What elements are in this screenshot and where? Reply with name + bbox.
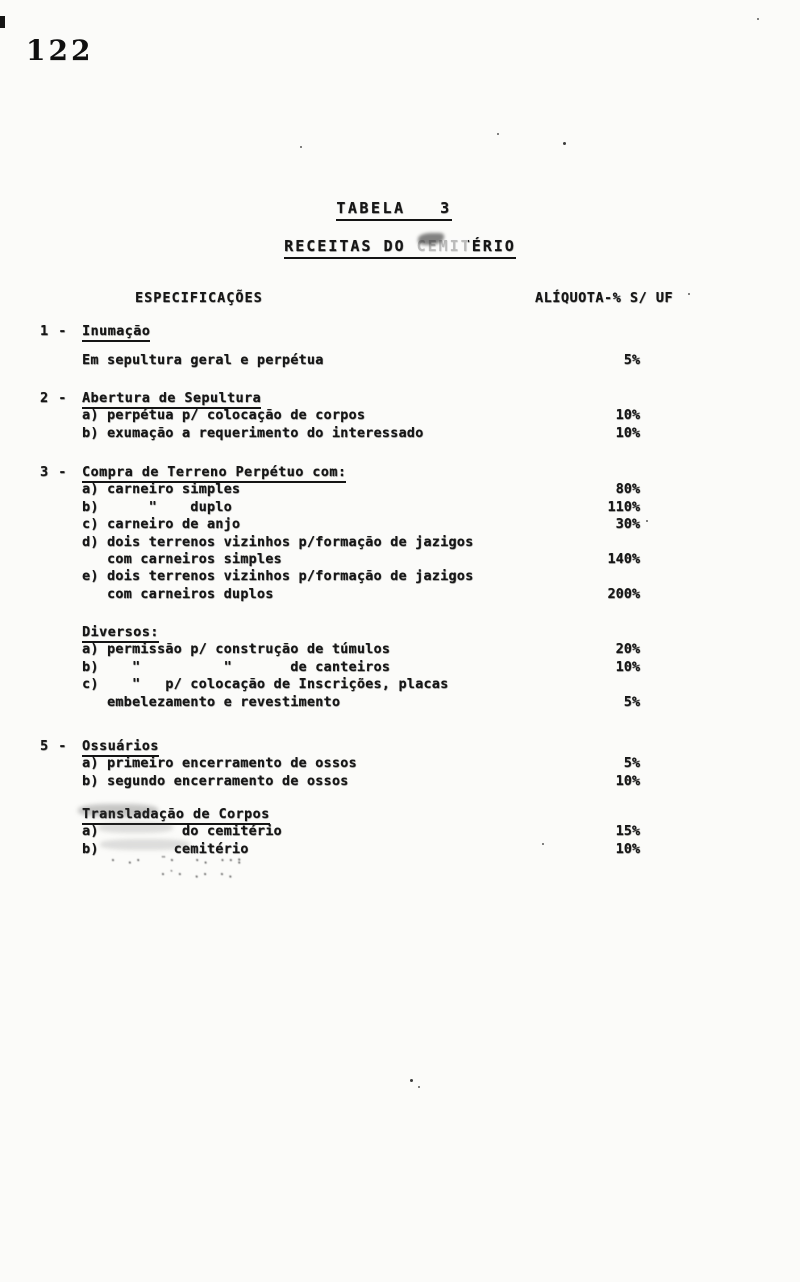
table-row: b) segundo encerramento de ossos 10% [40,773,640,790]
row-value: 15% [568,823,640,840]
section-ossuarios: 5 - Ossuários a) primeiro encerramento d… [40,738,640,790]
row-label: c) " p/ colocação de Inscrições, placas [82,676,568,693]
scan-speckle-artifact [300,146,302,148]
table-row: a) perpétua p/ colocação de corpos 10% [40,407,640,424]
row-value: 5% [568,755,640,772]
table-row: a) primeiro encerramento de ossos 5% [40,755,640,772]
section-compra-terreno: 3 - Compra de Terreno Perpétuo com: a) c… [40,464,640,603]
section-diversos: Diversos: a) permissão p/ construção de … [40,624,640,711]
row-value: 20% [568,641,640,658]
section-number: 2 - [40,390,82,407]
row-value: 110% [568,499,640,516]
row-label: com carneiros simples [82,551,568,568]
row-label: b) " duplo [82,499,568,516]
scanned-document-page: 122 TABELA 3 RECEITAS DO CEMITÉRIO ESPEC… [0,0,800,1282]
row-label: c) carneiro de anjo [82,516,568,533]
row-label: b) exumação a requerimento do interessad… [82,425,568,442]
scan-speckle-artifact [688,293,690,295]
row-label: a) primeiro encerramento de ossos [82,755,568,772]
row-value: 30% [568,516,640,533]
row-label: b) cemitério [82,841,568,858]
scan-speckle-artifact [497,133,499,135]
row-value: 10% [568,773,640,790]
section-abertura-sepultura: 2 - Abertura de Sepultura a) perpétua p/… [40,390,640,442]
section-heading: Inumação [82,323,150,342]
row-label: a) permissão p/ construção de túmulos [82,641,568,658]
row-value: 80% [568,481,640,498]
row-label: b) segundo encerramento de ossos [82,773,568,790]
table-row: a) do cemitério 15% [40,823,640,840]
subtitle-block: RECEITAS DO CEMITÉRIO [0,236,800,259]
section-heading-line: Diversos: [40,624,640,641]
document-title: TABELA 3 [336,199,451,221]
table-row: b) cemitério 10% [40,841,640,858]
table-row: com carneiros simples 140% [40,551,640,568]
row-label: Em sepultura geral e perpétua [82,352,568,369]
scan-speckle-artifact [410,1079,413,1082]
row-value: 140% [568,551,640,568]
table-row: b) " duplo 110% [40,499,640,516]
row-label: a) perpétua p/ colocação de corpos [82,407,568,424]
row-value: 5% [568,694,640,711]
title-block: TABELA 3 [0,198,800,221]
section-heading-line: Transladação de Corpos [40,806,640,823]
scan-speckle-artifact [563,142,566,145]
table-row: a) permissão p/ construção de túmulos 20… [40,641,640,658]
column-header-especificacoes: ESPECIFICAÇÕES [135,290,263,306]
row-label: e) dois terrenos vizinhos p/formação de … [82,568,568,585]
scan-speckle-artifact [646,520,648,522]
scan-speckle-artifact: ·˙· .· ·. [160,870,236,880]
row-value: 10% [568,841,640,858]
typed-content: TABELA 3 RECEITAS DO CEMITÉRIO ESPECIFIC… [0,0,800,1282]
table-row: c) " p/ colocação de Inscrições, placas [40,676,640,693]
row-value: 200% [568,586,640,603]
table-row: Em sepultura geral e perpétua 5% [40,352,640,369]
column-header-aliquota: ALÍQUOTA-% S/ UF [535,290,673,306]
section-transladacao-corpos: Transladação de Corpos a) do cemitério 1… [40,806,640,858]
row-value: 10% [568,659,640,676]
row-label: b) " " de canteiros [82,659,568,676]
section-number: 1 - [40,323,82,340]
section-heading-line: 2 - Abertura de Sepultura [40,390,640,407]
table-row: b) exumação a requerimento do interessad… [40,425,640,442]
row-label: d) dois terrenos vizinhos p/formação de … [82,534,568,551]
table-row: b) " " de canteiros 10% [40,659,640,676]
row-label: a) do cemitério [82,823,568,840]
table-row: c) carneiro de anjo 30% [40,516,640,533]
section-number: 3 - [40,464,82,481]
row-value: 5% [568,352,640,369]
document-subtitle: RECEITAS DO CEMITÉRIO [284,237,516,259]
row-value: 10% [568,407,640,424]
row-value: 10% [568,425,640,442]
table-row: embelezamento e revestimento 5% [40,694,640,711]
table-row: com carneiros duplos 200% [40,586,640,603]
document-subtitle-text: RECEITAS DO CEMITÉRIO [284,237,516,255]
scan-speckle-artifact [418,1086,420,1088]
scan-speckle-artifact [542,843,544,845]
section-heading-line: 5 - Ossuários [40,738,640,755]
scan-speckle-artifact [757,18,759,20]
table-row: a) carneiro simples 80% [40,481,640,498]
section-number: 5 - [40,738,82,755]
row-label: embelezamento e revestimento [82,694,568,711]
section-heading-line: 3 - Compra de Terreno Perpétuo com: [40,464,640,481]
row-label: com carneiros duplos [82,586,568,603]
section-inumacao: 1 - Inumação Em sepultura geral e perpét… [40,323,640,370]
section-heading-line: 1 - Inumação [40,323,640,340]
row-label: a) carneiro simples [82,481,568,498]
table-row: d) dois terrenos vizinhos p/formação de … [40,534,640,551]
table-row: e) dois terrenos vizinhos p/formação de … [40,568,640,585]
